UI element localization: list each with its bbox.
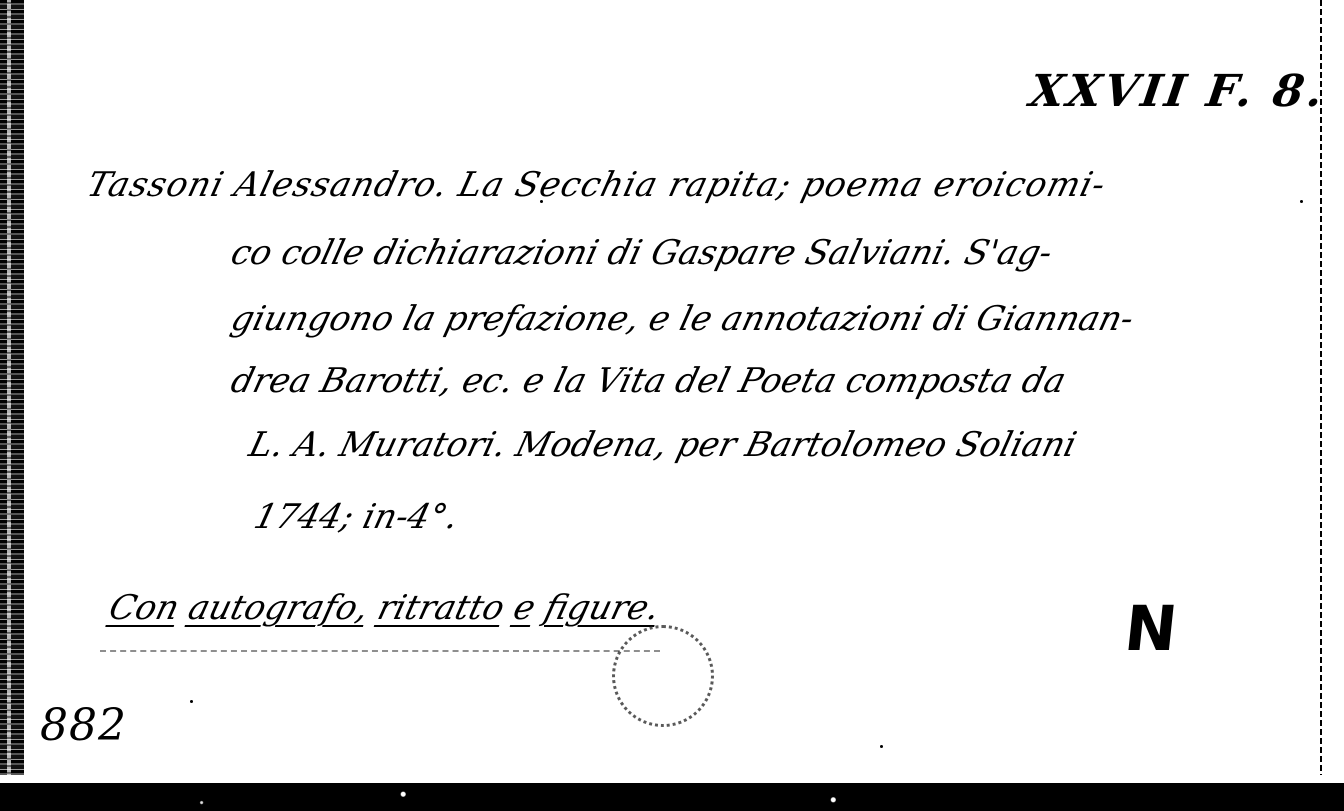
- card-left-edge: [0, 0, 24, 775]
- note-word-2: autografo,: [184, 588, 372, 628]
- entry-line-1: Tassoni Alessandro. La Secchia rapita; p…: [84, 168, 1110, 202]
- card-number: 882: [40, 700, 127, 751]
- paper-speck: [540, 200, 543, 203]
- scan-bottom-band: [0, 783, 1344, 811]
- paper-speck: [190, 700, 193, 703]
- note-word-3: ritratto: [373, 588, 508, 628]
- shelfmark: XXVII F. 8.: [1026, 66, 1328, 117]
- note-word-1: Con: [105, 588, 183, 628]
- entry-line-2: co colle dichiarazioni di Gaspare Salvia…: [228, 236, 1056, 270]
- stamp-letter-n: N: [1122, 598, 1180, 660]
- paper-speck: [1300, 200, 1303, 203]
- entry-line-6: 1744; in-4°.: [251, 500, 462, 534]
- entry-line-5: L. A. Muratori. Modena, per Bartolomeo S…: [246, 428, 1080, 462]
- note-word-4: e: [509, 588, 539, 628]
- paper-speck: [880, 745, 883, 748]
- entry-line-3: giungono la prefazione, e le annotazioni…: [228, 302, 1137, 336]
- underlined-note: Con autografo, ritratto e figure.: [105, 588, 664, 628]
- dotted-rule: [100, 650, 660, 652]
- oval-stamp: [612, 625, 714, 727]
- note-word-5: figure.: [540, 588, 664, 628]
- entry-line-4: drea Barotti, ec. e la Vita del Poeta co…: [228, 364, 1069, 398]
- catalog-card: XXVII F. 8. Tassoni Alessandro. La Secch…: [0, 0, 1344, 811]
